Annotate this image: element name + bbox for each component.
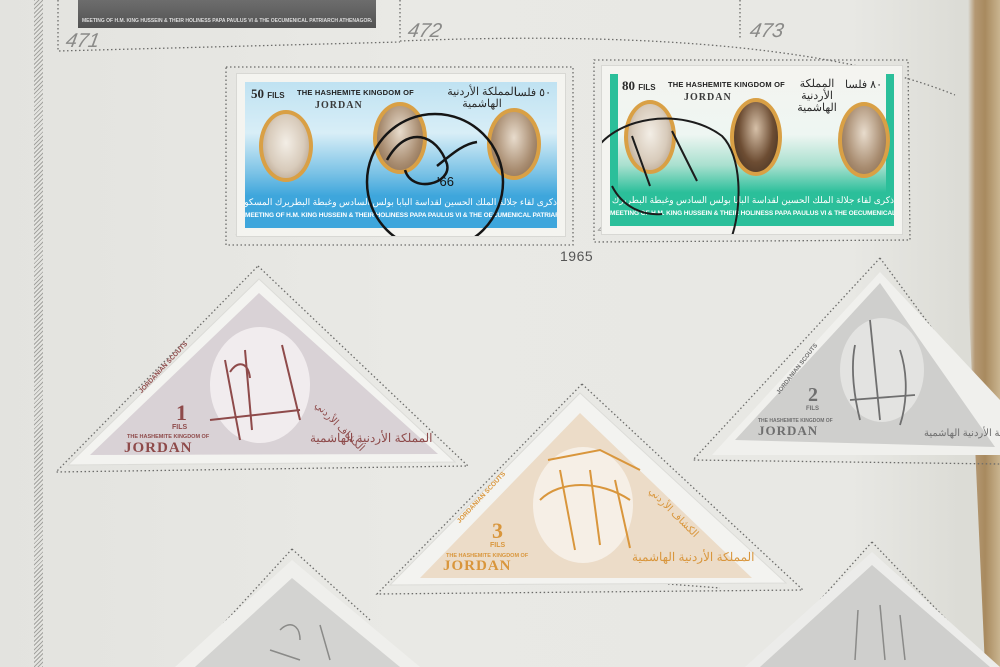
- partial-bottom-stamps: [0, 0, 1000, 667]
